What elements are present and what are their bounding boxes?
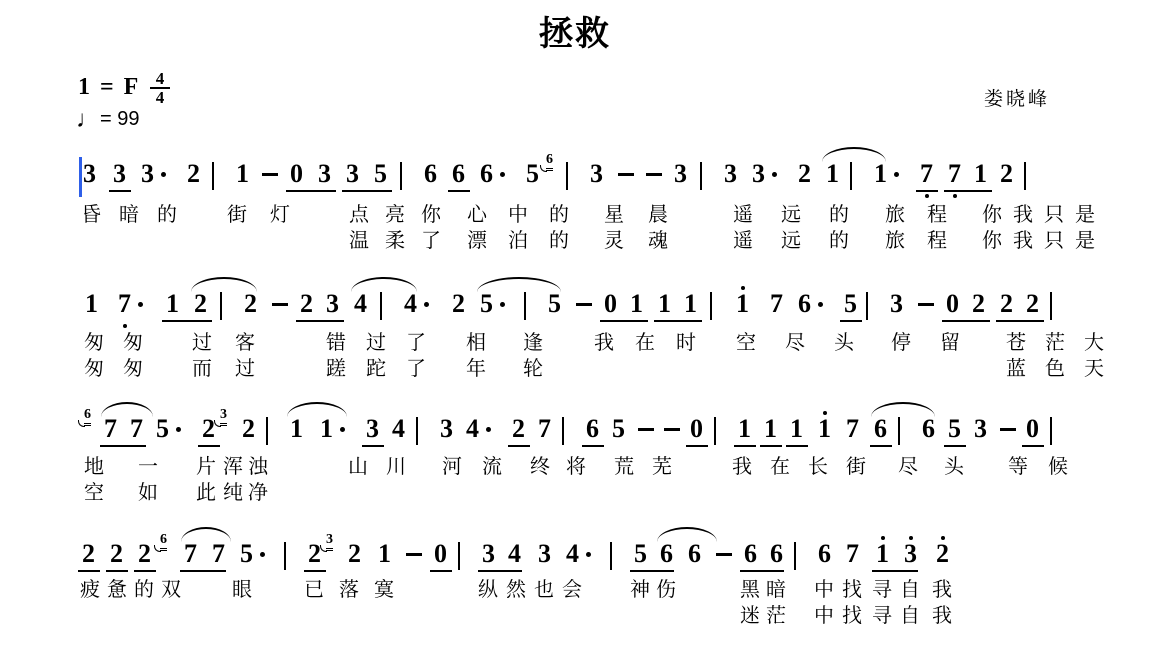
note-digit[interactable]: 0 bbox=[434, 540, 447, 568]
lyric-segment: 迷茫 bbox=[740, 604, 792, 628]
note-digit[interactable]: 3 bbox=[83, 160, 96, 188]
barline bbox=[794, 542, 796, 570]
note-digit[interactable]: 2 bbox=[972, 290, 985, 318]
note-digit[interactable]: 3 bbox=[904, 540, 917, 568]
lyric-segment: 蹉跎了 bbox=[326, 357, 446, 381]
octave-dot-low bbox=[953, 194, 957, 198]
lyric-segment: 终将 bbox=[530, 455, 602, 479]
underline-beam bbox=[996, 320, 1044, 322]
tie-arc bbox=[181, 527, 231, 542]
duration-dash bbox=[638, 428, 654, 431]
lyric-segment: 荒芜 bbox=[614, 455, 690, 479]
barline bbox=[212, 162, 214, 190]
lyric-segment: 寻自 bbox=[872, 578, 928, 602]
note-digit[interactable]: 1 bbox=[290, 415, 303, 443]
underline-beam bbox=[686, 445, 708, 447]
note-digit[interactable]: 1 bbox=[658, 290, 671, 318]
grace-note-underline bbox=[84, 423, 91, 424]
grace-note-underline bbox=[546, 168, 553, 169]
barline bbox=[284, 542, 286, 570]
grace-note-underline bbox=[546, 170, 553, 171]
lyric-segment: 我 bbox=[932, 604, 952, 628]
underline-beam bbox=[872, 570, 918, 572]
note-digit[interactable]: 3 bbox=[724, 160, 737, 188]
underline-beam bbox=[342, 190, 392, 192]
duration-dash bbox=[576, 303, 592, 306]
lyric-segment: 纵然 bbox=[478, 578, 534, 602]
underline-beam bbox=[734, 445, 756, 447]
augmentation-dot bbox=[260, 552, 265, 557]
lyric-segment: 河流 bbox=[442, 455, 522, 479]
lyric-segment: 疲惫的双 bbox=[80, 578, 188, 602]
barline bbox=[1050, 292, 1052, 320]
tie-arc bbox=[871, 402, 935, 417]
underline-beam bbox=[1022, 445, 1044, 447]
note-digit[interactable]: 3 bbox=[974, 415, 987, 443]
lyric-segment: 山川 bbox=[348, 455, 424, 479]
lyric-segment: 此纯 bbox=[196, 481, 250, 505]
augmentation-dot bbox=[161, 172, 166, 177]
note-digit[interactable]: 1 bbox=[874, 160, 887, 188]
note-digit[interactable]: 7 bbox=[770, 290, 783, 318]
underline-beam bbox=[448, 190, 470, 192]
octave-dot-high bbox=[941, 536, 945, 540]
grace-slur-hook bbox=[320, 545, 327, 552]
note-digit[interactable]: 2 bbox=[110, 540, 123, 568]
grace-slur-hook bbox=[540, 165, 547, 172]
note-digit[interactable]: 2 bbox=[242, 415, 255, 443]
lyric-segment: 旅程 bbox=[885, 203, 969, 227]
tempo-marking: ♩= 99 bbox=[76, 106, 139, 134]
grace-note[interactable]: 3 bbox=[326, 532, 333, 551]
grace-slur-hook bbox=[214, 420, 221, 427]
underline-beam bbox=[286, 190, 336, 192]
tie-arc bbox=[657, 527, 717, 542]
note-digit[interactable]: 5 bbox=[374, 160, 387, 188]
note-digit[interactable]: 3 bbox=[318, 160, 331, 188]
duration-dash bbox=[262, 173, 278, 176]
note-digit[interactable]: 1 bbox=[764, 415, 777, 443]
underline-beam bbox=[430, 570, 452, 572]
lyric-segment: 点亮你 bbox=[349, 203, 457, 227]
note-digit[interactable]: 3 bbox=[590, 160, 603, 188]
octave-dot-high bbox=[823, 411, 827, 415]
lyric-segment: 过客 bbox=[192, 331, 278, 355]
underline-beam bbox=[944, 190, 992, 192]
edit-cursor[interactable] bbox=[79, 157, 82, 197]
lyric-segment: 一 bbox=[138, 455, 158, 479]
lyric-segment: 匆匆 bbox=[84, 331, 162, 355]
note-digit[interactable]: 4 bbox=[566, 540, 579, 568]
note-digit[interactable]: 1 bbox=[818, 415, 831, 443]
key-signature: 1 = F bbox=[78, 74, 140, 101]
note-digit[interactable]: 0 bbox=[1026, 415, 1039, 443]
grace-note-underline bbox=[84, 425, 91, 426]
lyric-segment: 漂泊的 bbox=[467, 229, 590, 253]
lyric-segment: 地 bbox=[84, 455, 104, 479]
lyric-segment: 停留 bbox=[891, 331, 989, 355]
lyric-segment: 我在时 bbox=[594, 331, 717, 355]
augmentation-dot bbox=[586, 552, 591, 557]
underline-beam bbox=[654, 320, 702, 322]
barline bbox=[850, 162, 852, 190]
barline bbox=[458, 542, 460, 570]
lyric-segment: 尽头 bbox=[898, 455, 990, 479]
note-digit[interactable]: 2 bbox=[187, 160, 200, 188]
note-digit[interactable]: 3 bbox=[674, 160, 687, 188]
lyric-segment: 相逢 bbox=[466, 331, 580, 355]
note-digit[interactable]: 7 bbox=[920, 160, 933, 188]
time-signature: 4 4 bbox=[150, 70, 170, 106]
lyric-segment: 错过了 bbox=[326, 331, 446, 355]
duration-dash bbox=[664, 428, 680, 431]
grace-slur-hook bbox=[78, 420, 85, 427]
note-digit[interactable]: 5 bbox=[548, 290, 561, 318]
note-digit[interactable]: 3 bbox=[326, 290, 339, 318]
barline bbox=[898, 417, 900, 445]
grace-note-digit: 6 bbox=[84, 407, 91, 422]
underline-beam bbox=[198, 445, 220, 447]
underline-beam bbox=[600, 320, 648, 322]
tie-arc bbox=[351, 277, 417, 292]
note-digit[interactable]: 7 bbox=[130, 415, 143, 443]
note-digit[interactable]: 6 bbox=[770, 540, 783, 568]
note-digit[interactable]: 2 bbox=[452, 290, 465, 318]
lyric-segment: 中找 bbox=[814, 604, 870, 628]
augmentation-dot bbox=[486, 427, 491, 432]
note-digit[interactable]: 2 bbox=[348, 540, 361, 568]
augmentation-dot bbox=[818, 302, 823, 307]
lyric-segment: 眼 bbox=[232, 578, 252, 602]
note-digit[interactable]: 6 bbox=[452, 160, 465, 188]
note-digit[interactable]: 1 bbox=[166, 290, 179, 318]
underline-beam bbox=[106, 570, 128, 572]
note-digit[interactable]: 6 bbox=[424, 160, 437, 188]
augmentation-dot bbox=[894, 172, 899, 177]
underline-beam bbox=[916, 190, 938, 192]
lyric-segment: 也会 bbox=[534, 578, 590, 602]
note-digit[interactable]: 5 bbox=[480, 290, 493, 318]
note-digit[interactable]: 1 bbox=[236, 160, 249, 188]
augmentation-dot bbox=[340, 427, 345, 432]
note-digit[interactable]: 4 bbox=[466, 415, 479, 443]
duration-dash bbox=[716, 553, 732, 556]
time-signature-numerator: 4 bbox=[150, 70, 170, 87]
duration-dash bbox=[406, 553, 422, 556]
augmentation-dot bbox=[424, 302, 429, 307]
barline bbox=[220, 292, 222, 320]
note-digit[interactable]: 6 bbox=[922, 415, 935, 443]
augmentation-dot bbox=[772, 172, 777, 177]
note-digit[interactable]: 6 bbox=[660, 540, 673, 568]
lyric-segment: 蓝色天 bbox=[1006, 357, 1123, 381]
grace-slur-hook bbox=[154, 545, 161, 552]
underline-beam bbox=[630, 570, 674, 572]
note-digit[interactable]: 7 bbox=[846, 415, 859, 443]
barline bbox=[1050, 417, 1052, 445]
grace-note[interactable]: 6 bbox=[84, 407, 91, 426]
lyric-segment: 温柔了 bbox=[349, 229, 457, 253]
note-digit[interactable]: 6 bbox=[744, 540, 757, 568]
note-digit[interactable]: 1 bbox=[378, 540, 391, 568]
note-digit[interactable]: 1 bbox=[630, 290, 643, 318]
grace-note-underline bbox=[220, 425, 227, 426]
underline-beam bbox=[362, 445, 384, 447]
lyric-segment: 空尽头 bbox=[736, 331, 883, 355]
lyric-segment: 我在长街 bbox=[732, 455, 884, 479]
tie-arc bbox=[822, 147, 886, 162]
lyric-segment: 片浑 bbox=[196, 455, 250, 479]
underline-beam bbox=[78, 570, 100, 572]
barline bbox=[380, 292, 382, 320]
barline bbox=[700, 162, 702, 190]
note-digit[interactable]: 2 bbox=[194, 290, 207, 318]
note-digit[interactable]: 5 bbox=[612, 415, 625, 443]
song-title: 拯救 bbox=[0, 6, 1150, 55]
note-digit[interactable]: 3 bbox=[752, 160, 765, 188]
lyric-segment: 已落寞 bbox=[304, 578, 409, 602]
lyric-segment: 旅程 bbox=[885, 229, 969, 253]
note-digit[interactable]: 0 bbox=[290, 160, 303, 188]
note-digit[interactable]: 3 bbox=[440, 415, 453, 443]
note-digit[interactable]: 1 bbox=[826, 160, 839, 188]
augmentation-dot bbox=[500, 172, 505, 177]
note-digit[interactable]: 3 bbox=[141, 160, 154, 188]
note-digit[interactable]: 6 bbox=[586, 415, 599, 443]
barline bbox=[266, 417, 268, 445]
time-signature-denominator: 4 bbox=[150, 89, 170, 106]
underline-beam bbox=[180, 570, 226, 572]
note-digit[interactable]: 6 bbox=[874, 415, 887, 443]
underline-beam bbox=[304, 570, 326, 572]
duration-dash bbox=[1000, 428, 1016, 431]
note-digit[interactable]: 2 bbox=[300, 290, 313, 318]
barline bbox=[710, 292, 712, 320]
lyric-segment: 灵魂 bbox=[604, 229, 692, 253]
lyric-segment: 星晨 bbox=[604, 203, 692, 227]
note-digit[interactable]: 0 bbox=[690, 415, 703, 443]
underline-beam bbox=[508, 445, 530, 447]
note-digit[interactable]: 5 bbox=[156, 415, 169, 443]
note-digit[interactable]: 1 bbox=[876, 540, 889, 568]
tempo-value: = 99 bbox=[100, 108, 139, 130]
underline-beam bbox=[942, 320, 990, 322]
note-digit[interactable]: 1 bbox=[738, 415, 751, 443]
lyric-segment: 等候 bbox=[1008, 455, 1088, 479]
lyric-segment: 昏暗的 bbox=[81, 203, 195, 227]
note-digit[interactable]: 6 bbox=[798, 290, 811, 318]
note-digit[interactable]: 1 bbox=[320, 415, 333, 443]
quarter-note-icon: ♩ bbox=[76, 106, 100, 133]
note-digit[interactable]: 6 bbox=[480, 160, 493, 188]
barline bbox=[400, 162, 402, 190]
grace-note[interactable]: 6 bbox=[160, 532, 167, 551]
augmentation-dot bbox=[500, 302, 505, 307]
note-digit[interactable]: 2 bbox=[1000, 160, 1013, 188]
note-digit[interactable]: 4 bbox=[404, 290, 417, 318]
note-digit[interactable]: 7 bbox=[118, 290, 131, 318]
lyric-segment: 如 bbox=[138, 481, 158, 505]
note-digit[interactable]: 2 bbox=[82, 540, 95, 568]
grace-note-digit: 3 bbox=[326, 532, 333, 547]
underline-beam bbox=[478, 570, 522, 572]
note-digit[interactable]: 2 bbox=[798, 160, 811, 188]
lyric-segment: 街灯 bbox=[227, 203, 313, 227]
note-digit[interactable]: 7 bbox=[948, 160, 961, 188]
note-digit[interactable]: 2 bbox=[512, 415, 525, 443]
octave-dot-low bbox=[123, 324, 127, 328]
underline-beam bbox=[296, 320, 344, 322]
note-digit[interactable]: 3 bbox=[890, 290, 903, 318]
note-digit[interactable]: 3 bbox=[346, 160, 359, 188]
barline bbox=[714, 417, 716, 445]
duration-dash bbox=[272, 303, 288, 306]
lyric-segment: 苍茫大 bbox=[1006, 331, 1123, 355]
lyric-segment: 神伤 bbox=[630, 578, 682, 602]
underline-beam bbox=[134, 570, 156, 572]
duration-dash bbox=[918, 303, 934, 306]
note-digit[interactable]: 2 bbox=[138, 540, 151, 568]
note-digit[interactable]: 7 bbox=[184, 540, 197, 568]
lyric-segment: 心中的 bbox=[467, 203, 590, 227]
underline-beam bbox=[109, 190, 131, 192]
note-digit[interactable]: 0 bbox=[946, 290, 959, 318]
barline bbox=[566, 162, 568, 190]
underline-beam bbox=[944, 445, 966, 447]
note-digit[interactable]: 4 bbox=[508, 540, 521, 568]
note-digit[interactable]: 7 bbox=[846, 540, 859, 568]
grace-note-digit: 6 bbox=[160, 532, 167, 547]
lyric-segment: 遥远的 bbox=[733, 203, 877, 227]
octave-dot-high bbox=[741, 286, 745, 290]
note-digit[interactable]: 1 bbox=[974, 160, 987, 188]
lyric-segment: 遥远的 bbox=[733, 229, 877, 253]
lyric-segment: 空 bbox=[84, 481, 104, 505]
lyric-segment: 净 bbox=[248, 481, 268, 505]
note-digit[interactable]: 6 bbox=[818, 540, 831, 568]
underline-beam bbox=[740, 570, 784, 572]
lyric-segment: 黑暗 bbox=[740, 578, 792, 602]
grace-note-underline bbox=[160, 548, 167, 549]
note-digit[interactable]: 1 bbox=[736, 290, 749, 318]
octave-dot-high bbox=[881, 536, 885, 540]
lyric-segment: 匆匆 bbox=[84, 357, 162, 381]
note-digit[interactable]: 7 bbox=[538, 415, 551, 443]
grace-note-underline bbox=[220, 423, 227, 424]
octave-dot-high bbox=[909, 536, 913, 540]
barline bbox=[610, 542, 612, 570]
underline-beam bbox=[786, 445, 808, 447]
underline-beam bbox=[582, 445, 604, 447]
sheet-music-page: 拯救 1 = F 4 4 ♩= 99 娄晓峰 33321033566656333… bbox=[0, 0, 1150, 645]
grace-note-underline bbox=[160, 550, 167, 551]
note-digit[interactable]: 5 bbox=[526, 160, 539, 188]
note-digit[interactable]: 5 bbox=[948, 415, 961, 443]
lyric-segment: 寻自 bbox=[872, 604, 928, 628]
note-digit[interactable]: 4 bbox=[392, 415, 405, 443]
tie-arc bbox=[101, 402, 153, 417]
grace-note-underline bbox=[326, 548, 333, 549]
lyric-segment: 我 bbox=[932, 578, 952, 602]
note-digit[interactable]: 3 bbox=[538, 540, 551, 568]
note-digit[interactable]: 6 bbox=[688, 540, 701, 568]
barline bbox=[1024, 162, 1026, 190]
note-digit[interactable]: 4 bbox=[354, 290, 367, 318]
underline-beam bbox=[840, 320, 862, 322]
lyric-segment: 中找 bbox=[814, 578, 870, 602]
tie-arc bbox=[191, 277, 257, 292]
note-digit[interactable]: 5 bbox=[634, 540, 647, 568]
lyric-segment: 年轮 bbox=[466, 357, 580, 381]
barline bbox=[524, 292, 526, 320]
augmentation-dot bbox=[176, 427, 181, 432]
grace-note-underline bbox=[326, 550, 333, 551]
grace-note[interactable]: 6 bbox=[546, 152, 553, 171]
note-digit[interactable]: 3 bbox=[113, 160, 126, 188]
underline-beam bbox=[100, 445, 146, 447]
grace-note-digit: 3 bbox=[220, 407, 227, 422]
tie-arc bbox=[477, 277, 561, 292]
note-digit[interactable]: 1 bbox=[85, 290, 98, 318]
barline bbox=[416, 417, 418, 445]
underline-beam bbox=[760, 445, 782, 447]
note-digit[interactable]: 0 bbox=[604, 290, 617, 318]
note-digit[interactable]: 5 bbox=[240, 540, 253, 568]
lyric-segment: 你我只是 bbox=[982, 203, 1106, 227]
note-digit[interactable]: 1 bbox=[684, 290, 697, 318]
note-digit[interactable]: 7 bbox=[212, 540, 225, 568]
note-digit[interactable]: 2 bbox=[244, 290, 257, 318]
note-digit[interactable]: 3 bbox=[482, 540, 495, 568]
note-digit[interactable]: 1 bbox=[790, 415, 803, 443]
lyric-segment: 你我只是 bbox=[982, 229, 1106, 253]
grace-note[interactable]: 3 bbox=[220, 407, 227, 426]
lyric-segment: 浊 bbox=[248, 455, 268, 479]
barline bbox=[562, 417, 564, 445]
duration-dash bbox=[618, 173, 634, 176]
note-digit[interactable]: 5 bbox=[844, 290, 857, 318]
grace-note-digit: 6 bbox=[546, 152, 553, 167]
note-digit[interactable]: 3 bbox=[366, 415, 379, 443]
duration-dash bbox=[646, 173, 662, 176]
note-digit[interactable]: 2 bbox=[1026, 290, 1039, 318]
note-digit[interactable]: 2 bbox=[936, 540, 949, 568]
underline-beam bbox=[870, 445, 892, 447]
underline-beam bbox=[162, 320, 212, 322]
lyric-segment: 而过 bbox=[192, 357, 278, 381]
composer-name: 娄晓峰 bbox=[984, 84, 1050, 111]
augmentation-dot bbox=[138, 302, 143, 307]
octave-dot-low bbox=[925, 194, 929, 198]
note-digit[interactable]: 7 bbox=[104, 415, 117, 443]
tie-arc bbox=[287, 402, 347, 417]
barline bbox=[866, 292, 868, 320]
note-digit[interactable]: 2 bbox=[1000, 290, 1013, 318]
